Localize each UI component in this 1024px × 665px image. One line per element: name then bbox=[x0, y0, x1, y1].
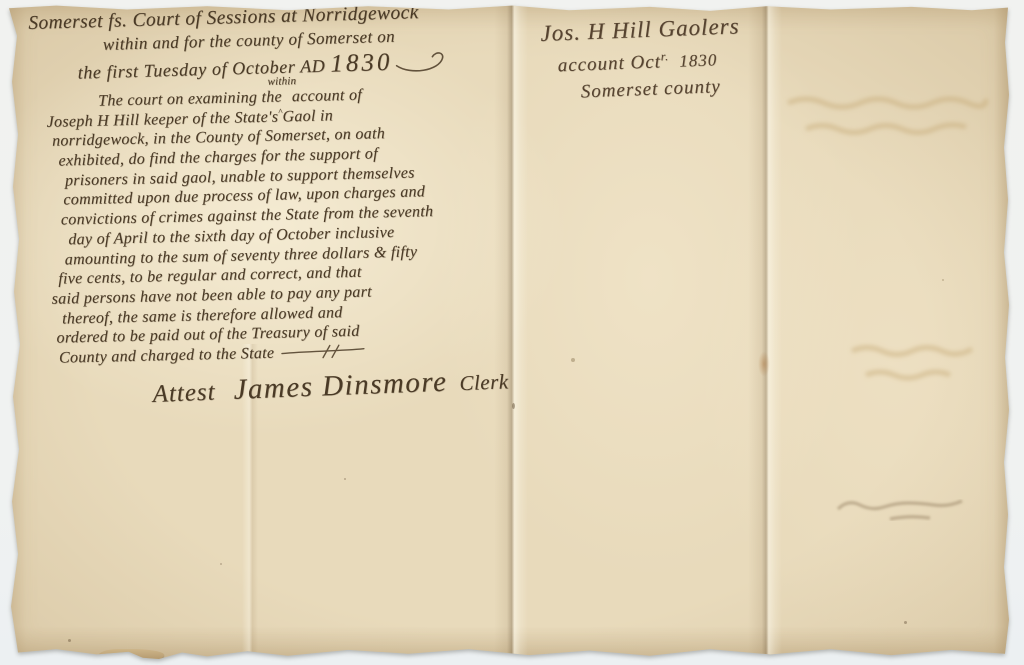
interlinear-insertion: within^ bbox=[282, 100, 292, 101]
insertion-caret: ^ bbox=[278, 102, 283, 122]
ink-speck bbox=[344, 478, 346, 480]
rust-stain bbox=[758, 351, 770, 377]
docket-line: Jos. H Hill Gaolers bbox=[540, 11, 801, 47]
docket-line: Somerset county bbox=[580, 73, 803, 104]
scan-backdrop: Somerset fs. Court of Sessions at Norrid… bbox=[0, 0, 1024, 665]
ink-speck bbox=[904, 621, 907, 624]
ink-speck bbox=[512, 403, 515, 409]
attestation-line: Attest James Dinsmore Clerk bbox=[152, 363, 509, 410]
header-year: 1830 bbox=[330, 49, 393, 78]
attest-label: Attest bbox=[152, 379, 216, 408]
clerk-title: Clerk bbox=[459, 369, 509, 395]
clerk-signature: James Dinsmore bbox=[233, 366, 448, 406]
closing-dash-flourish bbox=[280, 344, 366, 360]
ink-speck bbox=[942, 279, 944, 281]
paper-shadow-wrap: Somerset fs. Court of Sessions at Norrid… bbox=[0, 0, 1024, 665]
inserted-word: within bbox=[267, 72, 296, 92]
docket-year: 1830 bbox=[679, 50, 718, 70]
body-line-text: County and charged to the State bbox=[59, 345, 275, 367]
document-paper: Somerset fs. Court of Sessions at Norrid… bbox=[6, 3, 1012, 659]
docket-line: account Octr.1830 bbox=[557, 44, 802, 77]
ink-speck bbox=[68, 639, 71, 642]
pen-flourish bbox=[394, 50, 447, 73]
ink-speck bbox=[220, 563, 222, 565]
docket-annotation: Jos. H Hill Gaolers account Octr.1830 So… bbox=[540, 11, 803, 105]
body-line-text: account of bbox=[292, 87, 362, 106]
docket-line-text: account Oct bbox=[557, 51, 661, 76]
ink-speck bbox=[571, 358, 575, 362]
fold-crease-right bbox=[748, 3, 782, 659]
torn-edge-flap bbox=[98, 649, 164, 663]
superscript-abbreviation: r. bbox=[661, 49, 670, 63]
body-line-text: The court on examining the bbox=[98, 89, 282, 110]
court-record-body: The court on examining thewithin^account… bbox=[40, 82, 532, 369]
